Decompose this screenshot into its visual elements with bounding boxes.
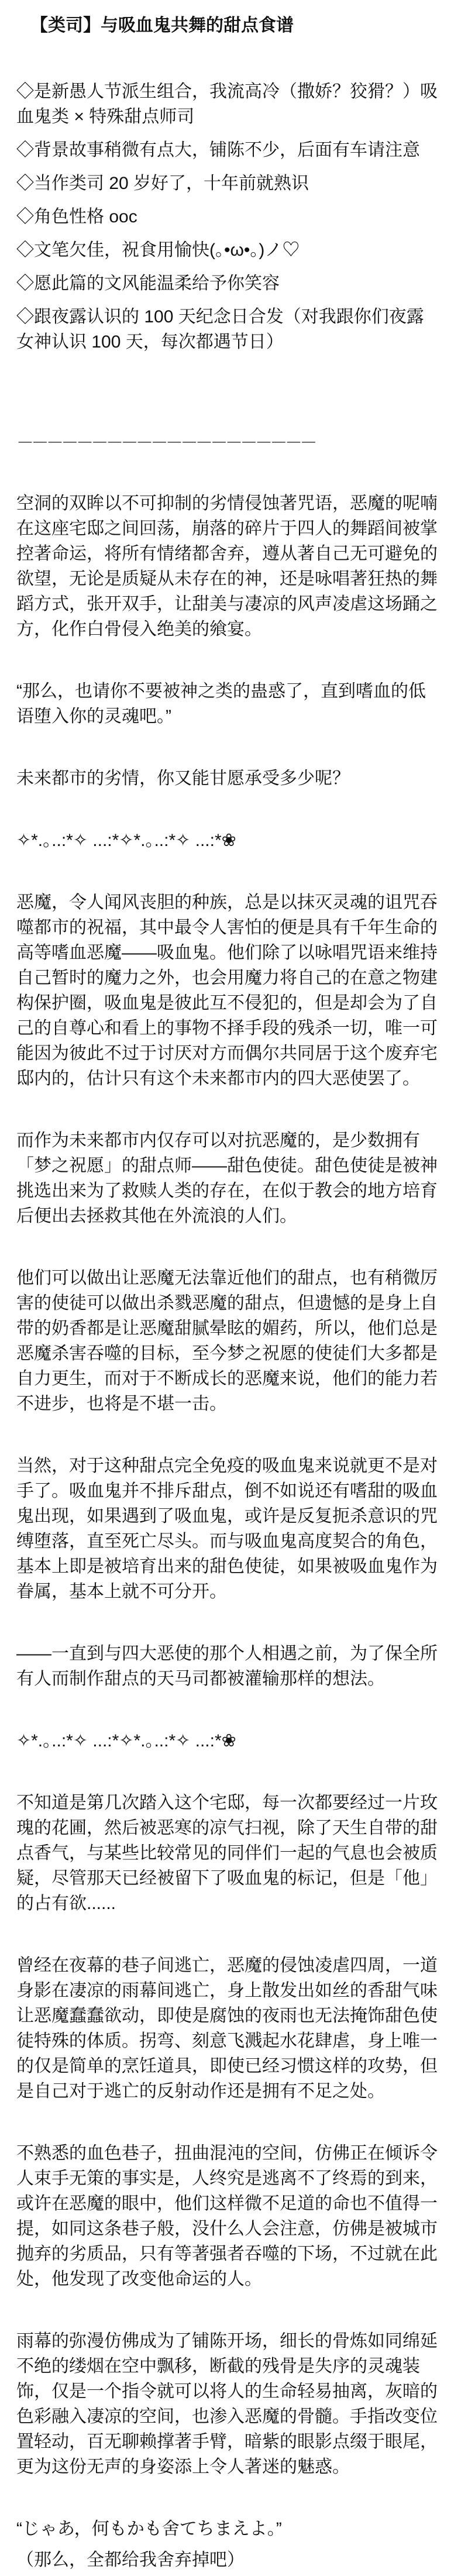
- author-note: ◇角色性格 ooc: [16, 204, 439, 229]
- author-note: ◇愿此篇的文风能温柔给予你笑容: [16, 271, 439, 296]
- story-paragraph: 恶魔，令人闻风丧胆的种族，总是以抹灭灵魂的诅咒吞噬都市的祝福，其中最令人害怕的便…: [16, 890, 439, 1091]
- author-note: ◇当作类司 20 岁好了，十年前就熟识: [16, 171, 439, 196]
- story-title: 【类司】与吸血鬼共舞的甜点食谱: [16, 13, 439, 38]
- story-paragraph: 而作为未来都市内仅存可以对抗恶魔的，是少数拥有「梦之祝愿」的甜点师——甜色使徒。…: [16, 1128, 439, 1229]
- author-note: ◇文笔欠佳，祝食用愉快(｡•ω•｡)ノ♡: [16, 238, 439, 263]
- story-paragraph: 不熟悉的血色巷子，扭曲混沌的空间，仿佛正在倾诉令人束手无策的事实是，人终究是逃离…: [16, 2141, 439, 2292]
- sparkle-divider: ✧*.｡..:*✧ ...:*✧*.｡..:*✧ ...:*❀: [16, 828, 439, 853]
- translation-line: （那么，全都给我舍弃掉吧）: [16, 2547, 439, 2572]
- story-paragraph: 雨幕的弥漫仿佛成为了铺陈开场，细长的骨炼如同绵延不绝的缕烟在空中飘移，断截的残骨…: [16, 2329, 439, 2479]
- dialogue-line: “那么，也请你不要被神之类的蛊惑了，直到嗜血的低语堕入你的灵魂吧。”: [16, 679, 439, 729]
- story-paragraph: 当然，对于这种甜点完全免疫的吸血鬼来说就更不是对手了。吸血鬼并不排斥甜点，倒不如…: [16, 1453, 439, 1604]
- author-note: ◇跟夜露认识的 100 天纪念日合发（对我跟你们夜露女神认识 100 天，每次都…: [16, 304, 439, 355]
- story-paragraph: 他们可以做出让恶魔无法靠近他们的甜点，也有稍微厉害的使徒可以做出杀戮恶魔的甜点，…: [16, 1265, 439, 1416]
- story-paragraph: 未来都市的劣情，你又能甘愿承受多少呢？: [16, 766, 439, 791]
- dashed-divider: －－－－－－－－－－－－－－－－－－－－: [16, 431, 439, 456]
- dialogue-line: “じゃあ，何もかも舍てちまえよ。”: [16, 2516, 439, 2541]
- story-paragraph: ——一直到与四大恶使的那个人相遇之前，为了保全所有人而制作甜点的天马司都被灌输那…: [16, 1641, 439, 1691]
- story-paragraph: 不知道是第几次踏入这个宅邸，每一次都要经过一片玫瑰的花圃，然后被恶寒的凉气扫视，…: [16, 1790, 439, 1916]
- story-paragraph: 曾经在夜幕的巷子间逃亡，恶魔的侵蚀凌虐四周，一道身影在凄凉的雨幕间逃亡，身上散发…: [16, 1953, 439, 2104]
- document-body: 【类司】与吸血鬼共舞的甜点食谱◇是新愚人节派生组合，我流高冷（撒娇？狡猾？）吸血…: [0, 0, 439, 2576]
- author-note: ◇是新愚人节派生组合，我流高冷（撒娇？狡猾？）吸血鬼类 × 特殊甜点师司: [16, 79, 439, 129]
- author-note: ◇背景故事稍微有点大，铺陈不少，后面有车请注意: [16, 137, 439, 163]
- story-paragraph: 空洞的双眸以不可抑制的劣情侵蚀著咒语，恶魔的呢喃在这座宅邸之间回荡，崩落的碎片于…: [16, 491, 439, 642]
- sparkle-divider: ✧*.｡..:*✧ ...:*✧*.｡..:*✧ ...:*❀: [16, 1728, 439, 1753]
